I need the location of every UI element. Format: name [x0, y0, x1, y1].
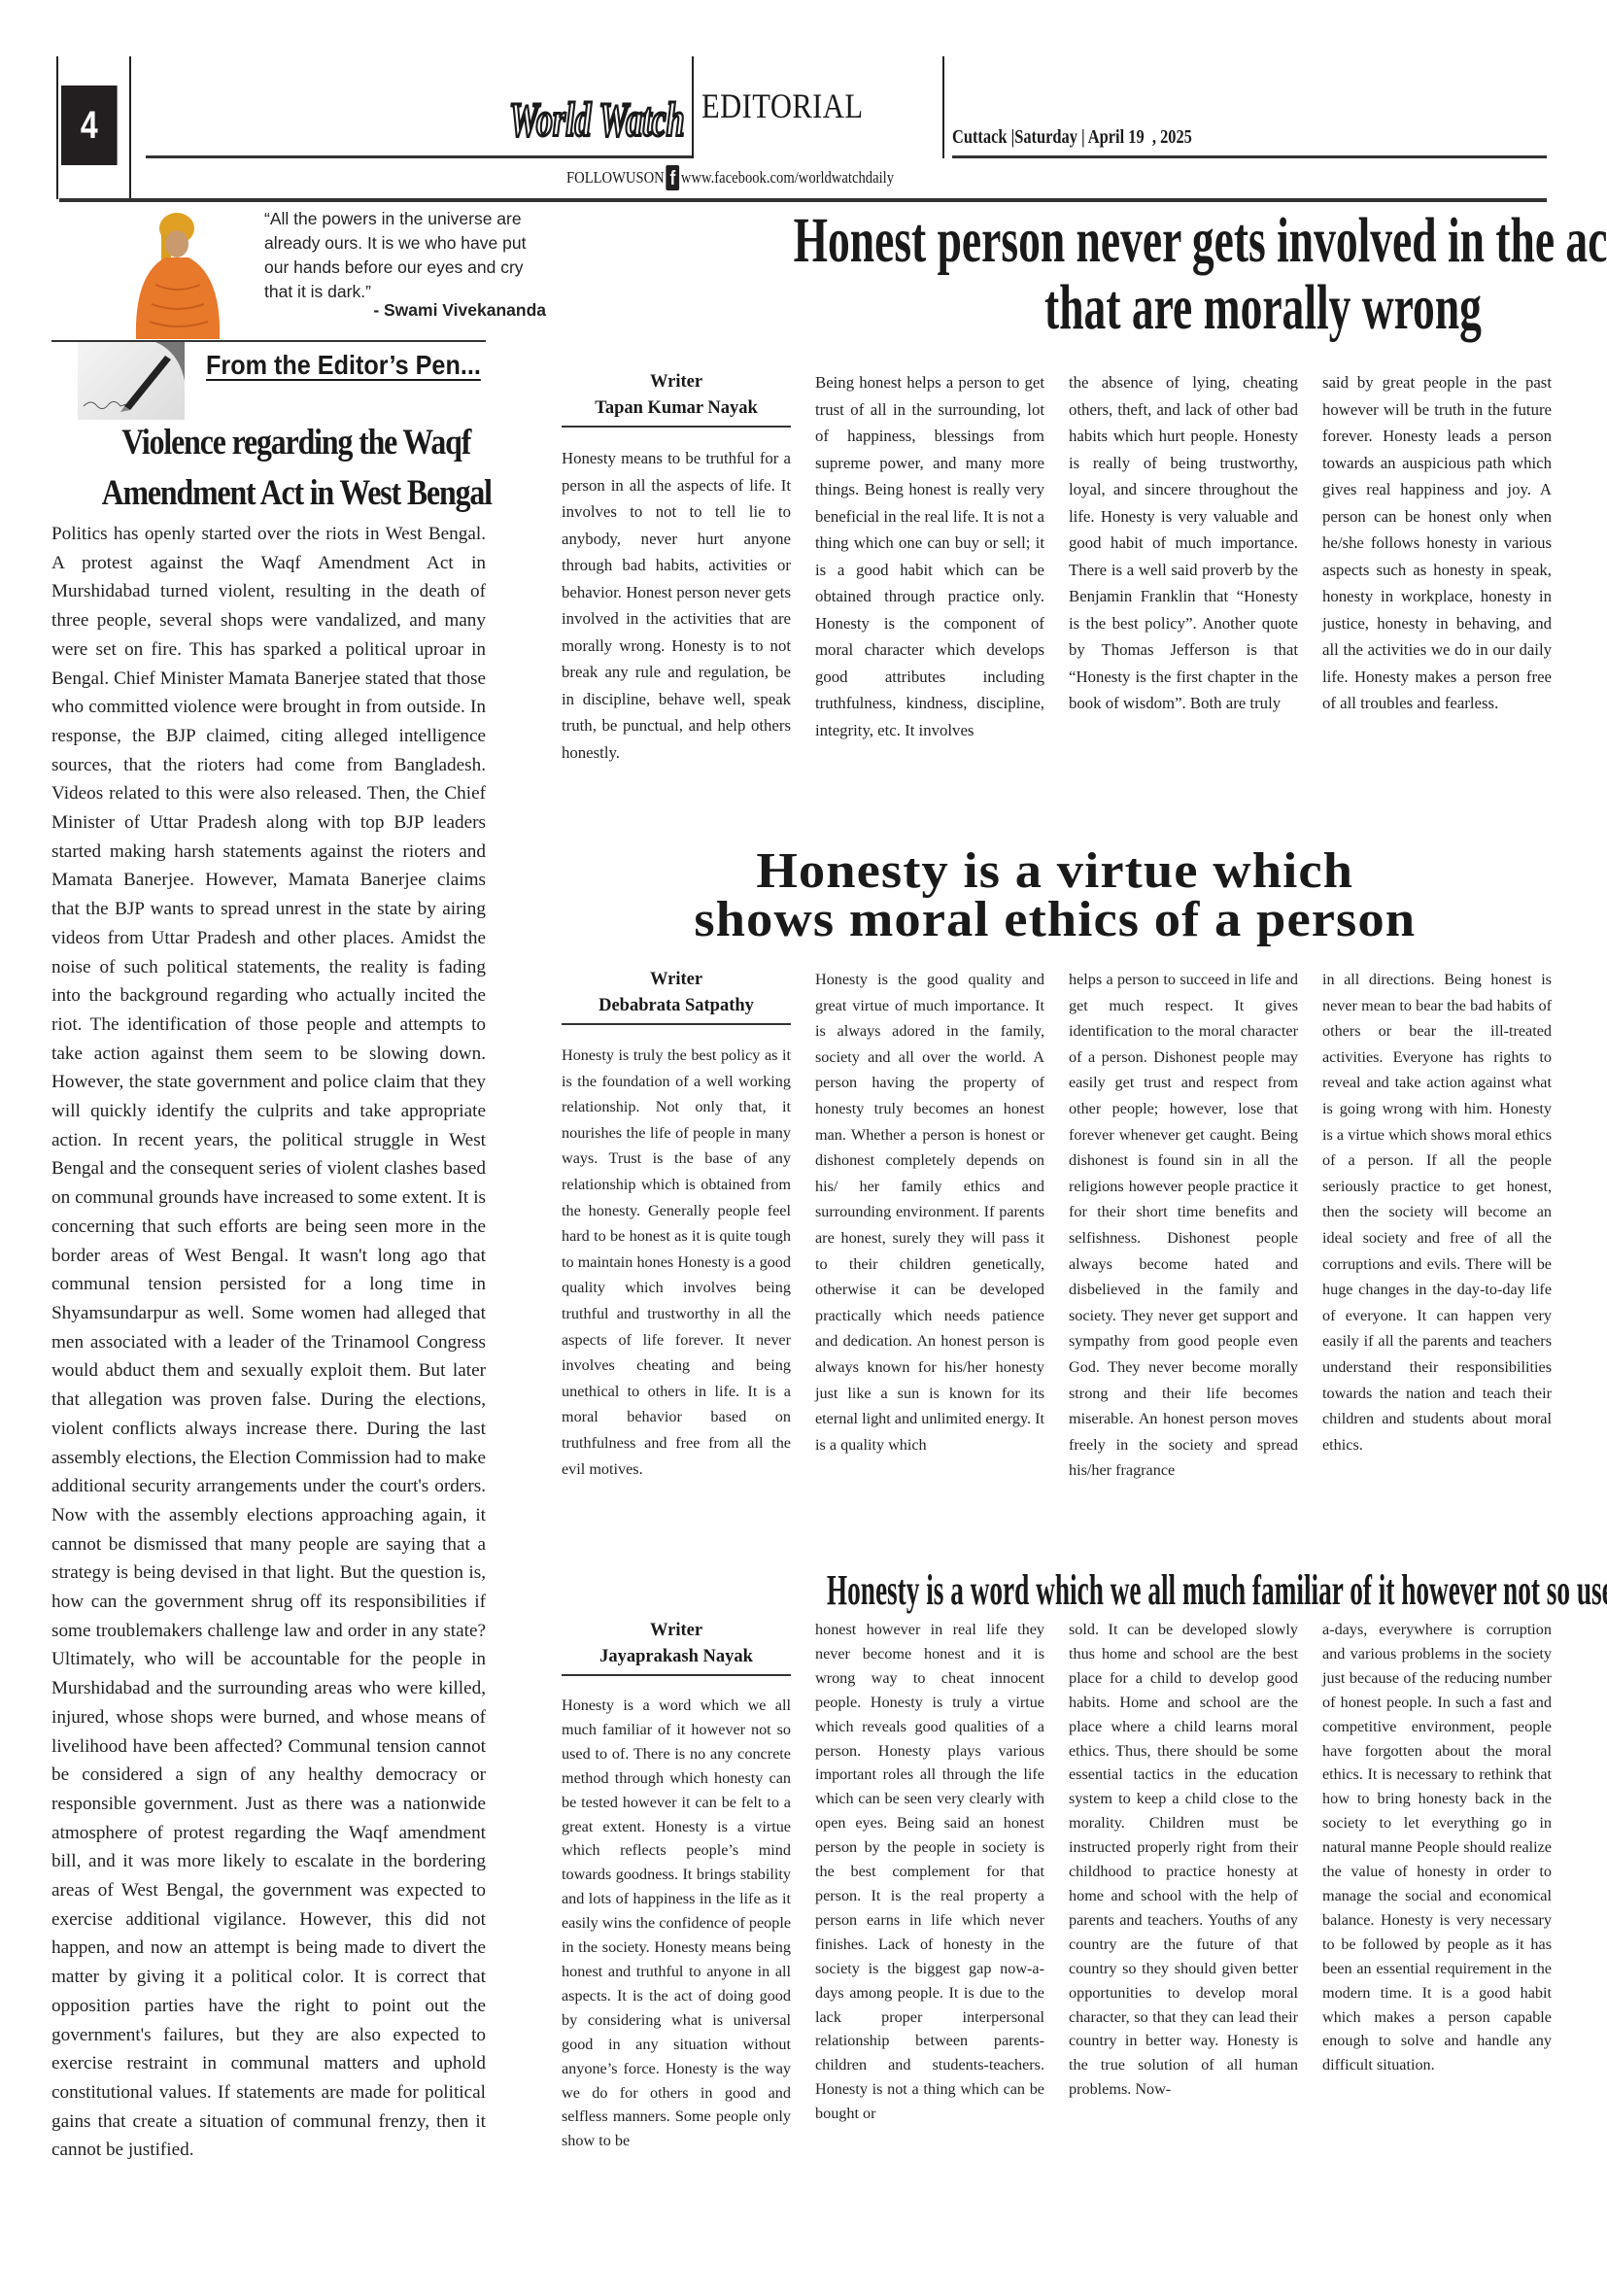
masthead-frame-left [56, 56, 58, 199]
quote-author: - Swami Vivekananda [264, 300, 546, 321]
section-title: EDITORIAL [701, 86, 863, 126]
facebook-icon: f [666, 165, 679, 190]
article-1-headline-text: Honest person never gets involved in the… [780, 207, 1607, 341]
article-3: Writer Jayaprakash Nayak Honesty is a wo… [562, 1618, 1553, 2153]
masthead-divider [692, 56, 694, 158]
masthead-rule [952, 155, 1547, 158]
writer-label: Writer [562, 1618, 791, 1644]
article-3-headline: Honesty is a word which we all much fami… [564, 1566, 1547, 1615]
editorial-headline-line2: Amendment Act in West Bengal [101, 468, 491, 519]
editorial-headline-line1: Violence regarding the Waqf [121, 418, 470, 468]
article-2-column-3: helps a person to succeed in life and ge… [1069, 967, 1298, 1484]
article-1-column-3: the absence of lying, cheating others, t… [1069, 369, 1298, 766]
article-1: Writer Tapan Kumar Nayak Honesty means t… [562, 369, 1553, 766]
article-1-column-2: Being honest helps a person to get trust… [815, 369, 1044, 766]
dateline: Cuttack |Saturday | April 19 , 2025 [952, 126, 1192, 149]
article-3-headline-text: Honesty is a word which we all much fami… [827, 1566, 1607, 1615]
editors-pen-label: From the Editor’s Pen... [206, 350, 481, 381]
writer-name: Debabrata Satpathy [562, 993, 791, 1019]
article-2: Writer Debabrata Satpathy Honesty is tru… [562, 967, 1553, 1484]
follow-us-bar: FOLLOWUSON f www.facebook.com/worldwatch… [566, 165, 894, 190]
article-2-column-1: Writer Debabrata Satpathy Honesty is tru… [562, 967, 791, 1484]
article-1-byline: Writer Tapan Kumar Nayak [562, 369, 791, 428]
article-3-column-3: sold. It can be developed slowly thus ho… [1069, 1618, 1298, 2153]
logo-icon: World Watch [505, 80, 690, 157]
article-2-column-1-text: Honesty is truly the best policy as it i… [562, 1043, 791, 1482]
article-1-column-1: Writer Tapan Kumar Nayak Honesty means t… [562, 369, 791, 766]
quote-block: “All the powers in the universe are alre… [58, 199, 544, 345]
article-2-column-2: Honesty is the good quality and great vi… [815, 967, 1044, 1484]
article-3-column-1: Writer Jayaprakash Nayak Honesty is a wo… [562, 1618, 791, 2153]
fountain-pen-icon [78, 342, 185, 420]
article-3-byline: Writer Jayaprakash Nayak [562, 1618, 791, 1676]
svg-text:World Watch: World Watch [509, 93, 684, 147]
swami-vivekananda-portrait-icon [126, 207, 228, 339]
writer-label: Writer [562, 967, 791, 993]
masthead-divider [942, 56, 944, 158]
world-watch-logo: World Watch [505, 80, 690, 157]
article-2-headline-line1: Honesty is a virtue which [757, 847, 1354, 896]
article-2-headline-line2: shows moral ethics of a person [695, 896, 1417, 944]
page-number-badge: 4 [61, 86, 118, 165]
article-3-column-1-text: Honesty is a word which we all much fami… [562, 1694, 791, 2153]
article-2-column-4: in all directions. Being honest is never… [1322, 967, 1552, 1484]
follow-label: FOLLOWUSON [566, 168, 665, 188]
article-2-headline: Honesty is a virtue which shows moral et… [564, 847, 1547, 944]
masthead-frame-inner [129, 56, 131, 199]
writer-name: Tapan Kumar Nayak [562, 395, 791, 422]
article-2-byline: Writer Debabrata Satpathy [562, 967, 791, 1025]
editorial-headline: Violence regarding the Waqf Amendment Ac… [53, 418, 539, 519]
article-1-column-4: said by great people in the past however… [1322, 369, 1552, 766]
quote-text: “All the powers in the universe are alre… [264, 207, 546, 304]
article-3-column-2: honest however in real life they never b… [815, 1618, 1044, 2153]
article-1-column-1-text: Honesty means to be truthful for a perso… [562, 445, 791, 766]
editorial-body: Politics has openly started over the rio… [51, 520, 486, 2165]
facebook-link[interactable]: www.facebook.com/worldwatchdaily [681, 168, 894, 188]
writer-label: Writer [562, 369, 791, 395]
masthead-rule [146, 155, 692, 158]
writer-name: Jayaprakash Nayak [562, 1644, 791, 1670]
article-3-column-4: a-days, everywhere is corruption and var… [1322, 1618, 1552, 2153]
article-1-headline: Honest person never gets involved in the… [564, 207, 1547, 341]
